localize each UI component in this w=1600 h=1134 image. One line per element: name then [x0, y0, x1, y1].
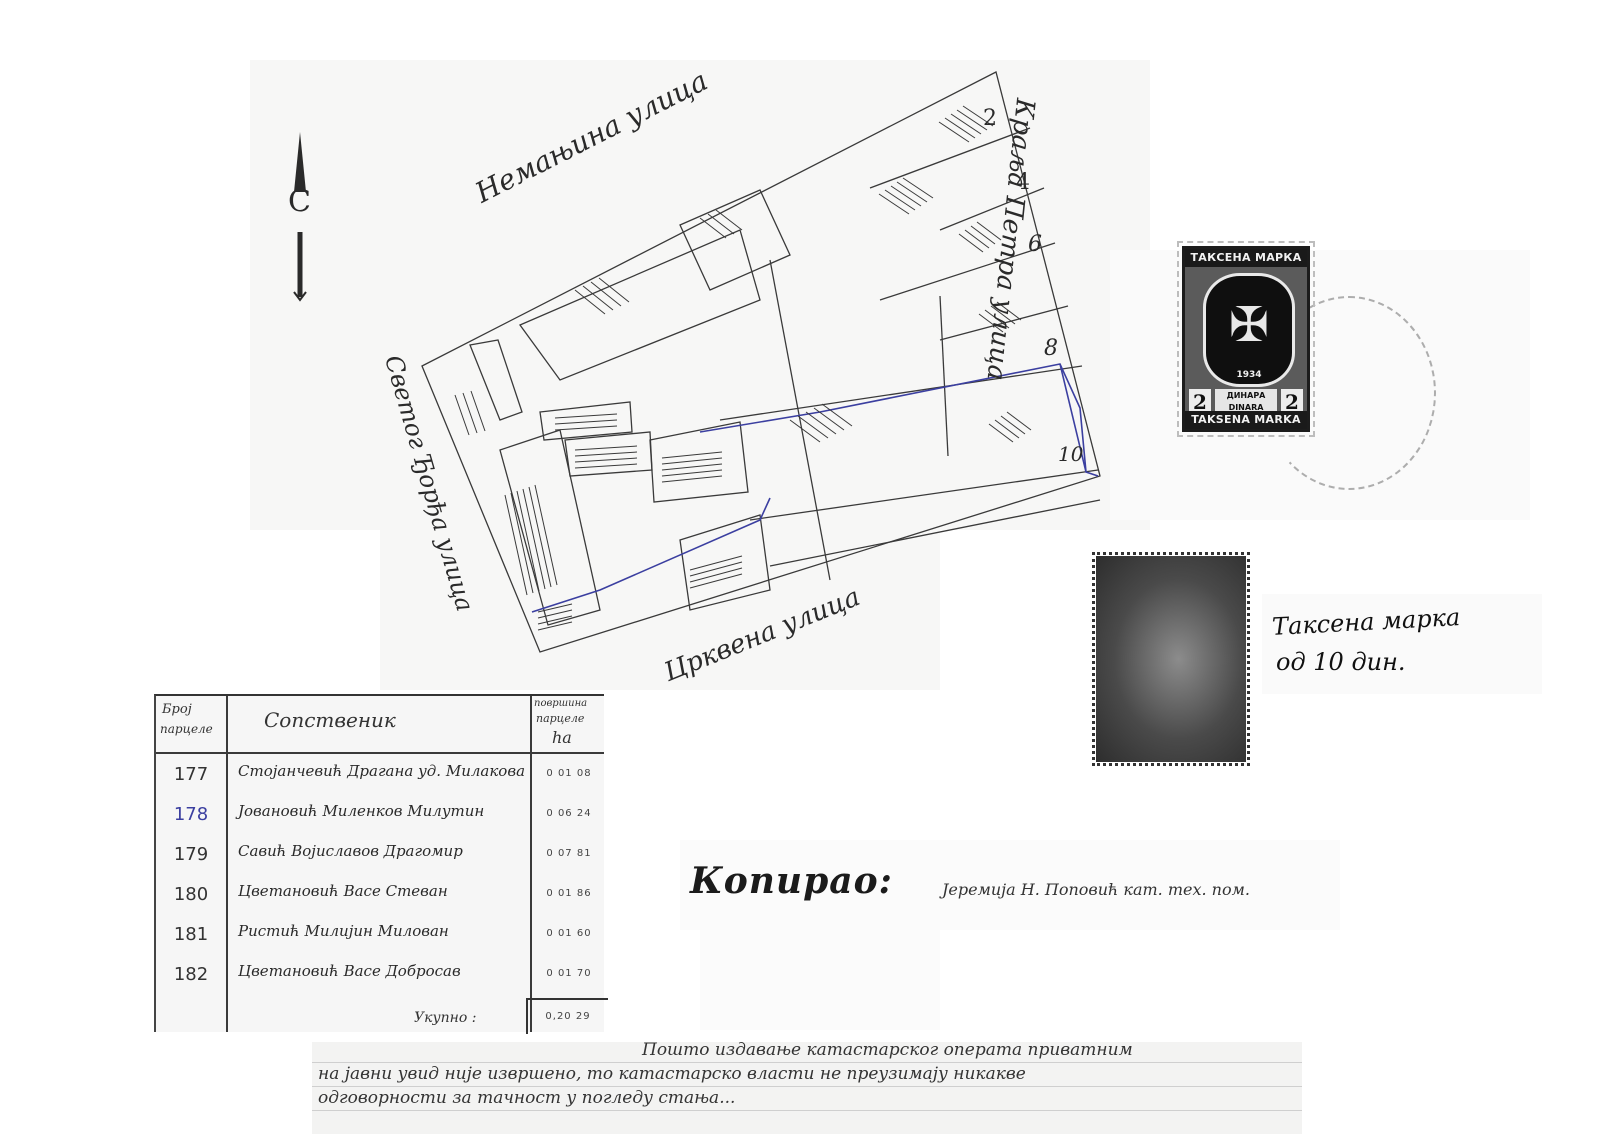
parcel-number: 178	[156, 804, 226, 825]
stamp-emblem: ✠ 1934	[1203, 273, 1295, 387]
stamp-top-text: ТАКСЕНА МАРКА	[1185, 249, 1307, 267]
copied-by-block: Копирао: Јеремија Н. Поповић кат. тех. п…	[690, 856, 1330, 922]
parcel-number: 180	[156, 884, 226, 905]
parcel-number: 182	[156, 964, 226, 985]
total-value: 0,20 29	[526, 998, 608, 1034]
house-number-6: 6	[1028, 232, 1042, 257]
ruled-line	[312, 1110, 1302, 1111]
parcel-area: 0 06 24	[534, 808, 604, 819]
house-number-4: 4	[1016, 170, 1030, 195]
ruled-line	[312, 1062, 1302, 1063]
revenue-stamp: ТАКСЕНА МАРКА ✠ 1934 2 ДИНАРА DINARA 2 T…	[1182, 246, 1310, 432]
parcel-number: 181	[156, 924, 226, 945]
parcel-owner: Цветановић Васе Добросав	[238, 962, 461, 980]
stamp-bottom-text: TAKSENA MARKA	[1185, 411, 1307, 429]
stamp-denomination-cyr: ДИНАРА	[1215, 390, 1277, 402]
parcel-owner: Цветановић Васе Стеван	[238, 882, 448, 900]
parcel-number: 177	[156, 764, 226, 785]
header-area-line2: парцеле	[536, 712, 584, 725]
footer-note-line3: одговорности за тачност у погледу стања.…	[318, 1088, 735, 1108]
parcel-owner: Савић Војиславов Драгомир	[238, 842, 463, 860]
stamp-year: 1934	[1206, 370, 1292, 380]
footer-note-line2: на јавни увид није извршено, то катастар…	[318, 1064, 1026, 1084]
table-column-divider	[226, 696, 228, 1032]
parcel-area: 0 01 70	[534, 968, 604, 979]
parcel-owner: Стојанчевић Драгана уд. Милакова	[238, 762, 525, 780]
house-number-2: 2	[983, 106, 997, 131]
stamp-note-line1: Таксена марка	[1271, 603, 1460, 641]
parcel-area: 0 01 60	[534, 928, 604, 939]
house-number-8: 8	[1044, 336, 1058, 361]
parcel-area: 0 01 08	[534, 768, 604, 779]
header-number-line1: Број	[162, 702, 192, 717]
parcel-table: Број парцеле Сопственик површина парцеле…	[154, 694, 604, 1032]
footer-note-line1: Пошто издавање катастарског операта прив…	[642, 1040, 1133, 1060]
footer-note: Пошто издавање катастарског операта прив…	[312, 1042, 1302, 1134]
total-label: Укупно :	[414, 1010, 476, 1026]
parcel-number: 179	[156, 844, 226, 865]
table-header-divider	[156, 752, 604, 754]
ruled-line	[312, 1086, 1302, 1087]
parcel-owner: Јовановић Миленков Милутин	[238, 802, 484, 820]
header-owner: Сопственик	[264, 708, 396, 732]
header-area-unit: ha	[552, 728, 572, 747]
stamp-note: Таксена марка од 10 дин.	[1262, 594, 1542, 694]
header-number-line2: парцеле	[160, 722, 213, 736]
table-column-divider	[530, 696, 532, 1032]
stamp-note-line2: од 10 дин.	[1276, 648, 1406, 676]
parcel-owner: Ристић Милијин Милован	[238, 922, 449, 940]
header-area-line1: површина	[534, 698, 587, 709]
removed-stamp-impression	[1096, 556, 1246, 762]
copied-by-name: Јеремија Н. Поповић кат. тех. пом.	[942, 880, 1250, 899]
copied-by-label: Копирао:	[690, 860, 893, 902]
parcel-area: 0 01 86	[534, 888, 604, 899]
north-arrow-label: С	[288, 184, 311, 219]
double-headed-eagle-icon: ✠	[1218, 288, 1280, 362]
house-number-10: 10	[1058, 442, 1083, 466]
parcel-area: 0 07 81	[534, 848, 604, 859]
